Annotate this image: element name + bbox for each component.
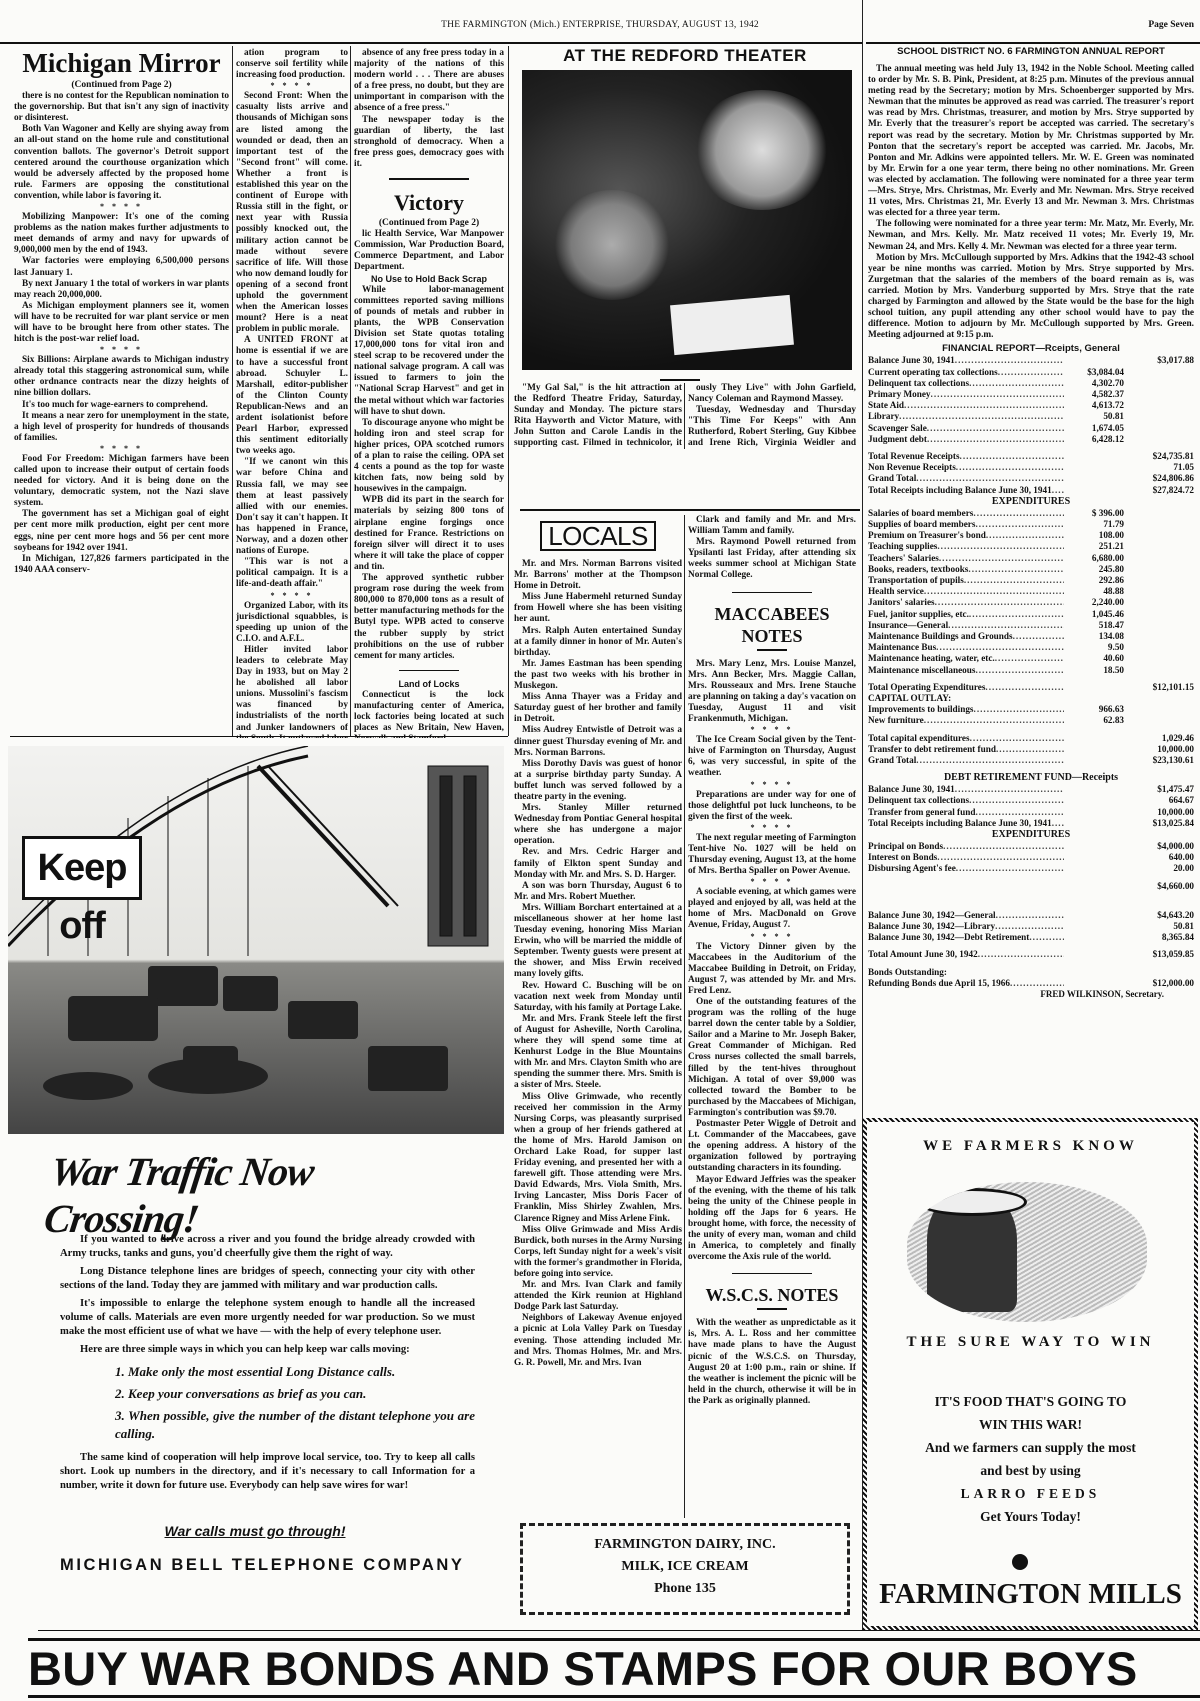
row-amount: 48.88 — [1064, 586, 1124, 597]
finance-row: Maintenance Bus9.50 — [868, 642, 1194, 653]
row-amount — [1064, 910, 1124, 921]
row-label: Non Revenue Receipts — [868, 462, 956, 473]
section-rule — [38, 1630, 1200, 1631]
finance-row: Grand Total$23,130.61 — [868, 755, 1194, 766]
finance-row: Judgment debt6,428.12 — [868, 434, 1194, 445]
finance-row: Salaries of board members$ 396.00 — [868, 508, 1194, 519]
row-total: $13,025.84 — [1124, 818, 1194, 829]
finance-row: Library50.81 — [868, 411, 1194, 422]
paragraph: Six Billions: Airplane awards to Michiga… — [14, 355, 229, 399]
row-label: Balance June 30, 1942—General — [868, 910, 996, 921]
separator-stars: * * * * — [236, 591, 348, 601]
row-total — [1124, 423, 1194, 434]
local-item: Miss Audrey Entwistle of Detroit was a d… — [514, 725, 682, 758]
finance-row: Improvements to buildings966.63 — [868, 704, 1194, 715]
row-total — [1124, 665, 1194, 676]
bonds-head: Bonds Outstanding: — [868, 967, 1194, 978]
school-report: SCHOOL DISTRICT NO. 6 FARMINGTON ANNUAL … — [868, 46, 1194, 1116]
column-rule — [350, 46, 351, 736]
finance-row: Maintenance miscellaneous18.50 — [868, 665, 1194, 676]
row-label: Disbursing Agent's fee — [868, 863, 956, 874]
local-item: Rev. Howard C. Busching will be on vacat… — [514, 981, 682, 1014]
finance-row: Insurance—General518.47 — [868, 620, 1194, 631]
finance-row: Total capital expenditures1,029.46 — [868, 733, 1194, 744]
row-amount: 4,582.37 — [1064, 389, 1124, 400]
divider — [732, 1273, 812, 1274]
debt-expenditures-head: EXPENDITURES — [868, 829, 1194, 841]
subhead: No Use to Hold Back Scrap — [354, 274, 504, 285]
leader-dots — [955, 355, 1064, 366]
row-amount — [1064, 473, 1124, 484]
maccabees-headline: MACCABEES NOTES — [688, 603, 856, 647]
local-item: Miss Dorothy Davis was guest of honor at… — [514, 759, 682, 803]
finance-row: Maintenance heating, water, etc.40.60 — [868, 653, 1194, 664]
row-label: Maintenance miscellaneous — [868, 665, 975, 676]
leader-dots — [975, 807, 1064, 818]
row-label: Scavenger Sale — [868, 423, 927, 434]
michigan-mirror-col2-text: ation program to conserve soil fertility… — [236, 48, 348, 738]
paragraph: The same kind of cooperation will help i… — [60, 1451, 475, 1493]
separator-stars: * * * * — [236, 81, 348, 91]
leader-dots — [943, 841, 1064, 852]
row-total: $12,101.15 — [1124, 682, 1194, 693]
row-label: Total capital expenditures — [868, 733, 970, 744]
local-item: Mr. and Mrs. Norman Barrons visited Mr. … — [514, 559, 682, 592]
leader-dots — [996, 910, 1064, 921]
bridge-illustration: Keep off — [8, 746, 504, 1134]
finance-row: Refunding Bonds due April 15, 1966$12,00… — [868, 978, 1194, 989]
finance-row: Balance June 30, 1942—General$4,643.20 — [868, 910, 1194, 921]
farmer-illustration — [907, 1182, 1147, 1322]
row-label: Health service — [868, 586, 924, 597]
leader-dots — [995, 921, 1064, 932]
row-label: Transfer from general fund — [868, 807, 975, 818]
row-amount — [1064, 755, 1124, 766]
row-label: Transfer to debt retirement fund — [868, 744, 996, 755]
leader-dots — [904, 400, 1064, 411]
paragraph: It means a near zero for unemployment in… — [14, 411, 229, 444]
dairy-phone: Phone 135 — [523, 1578, 847, 1600]
ad-line: and best by using — [867, 1459, 1194, 1482]
row-label: Interest on Bonds — [868, 852, 937, 863]
row-amount — [1064, 355, 1124, 366]
paragraph: ously They Live" with John Garfield, Nan… — [688, 383, 856, 405]
ad-line: LARRO FEEDS — [867, 1482, 1194, 1505]
row-label: Teachers' Salaries — [868, 553, 939, 564]
row-total: 8,365.84 — [1124, 932, 1194, 943]
row-label: Grand Total — [868, 473, 916, 484]
leader-dots — [995, 653, 1064, 664]
row-total: $13,059.85 — [1124, 949, 1194, 960]
row-label: Judgment debt — [868, 434, 927, 445]
leader-dots — [969, 378, 1064, 389]
row-total — [1124, 378, 1194, 389]
masthead-title: THE FARMINGTON (Mich.) ENTERPRISE, THURS… — [0, 20, 1200, 30]
row-total: $4,000.00 — [1124, 841, 1194, 852]
row-total: 10,000.00 — [1124, 807, 1194, 818]
row-amount: 40.60 — [1064, 653, 1124, 664]
leader-dots — [960, 451, 1064, 462]
maccabees-item: Preparations are under way for one of th… — [688, 790, 856, 823]
paragraph: Here are three simple ways in which you … — [60, 1343, 475, 1357]
leader-dots — [970, 733, 1064, 744]
maccabees-item: One of the outstanding features of the p… — [688, 997, 856, 1119]
leader-dots — [1052, 818, 1064, 829]
header-rule-right — [866, 42, 1200, 44]
leader-dots — [924, 715, 1064, 726]
leader-dots — [1029, 932, 1064, 943]
finance-row: New furniture62.83 — [868, 715, 1194, 726]
operating-total: Total Operating Expenditures$12,101.15 — [868, 682, 1194, 693]
ad-line: IT'S FOOD THAT'S GOING TO — [867, 1390, 1194, 1413]
row-amount: 1,674.05 — [1064, 423, 1124, 434]
row-label: Books, readers, textbooks — [868, 564, 968, 575]
row-total: 50.81 — [1124, 921, 1194, 932]
column-rule — [684, 515, 685, 1518]
row-amount: 251.21 — [1064, 541, 1124, 552]
row-amount: $ 396.00 — [1064, 508, 1124, 519]
ad-line: Get Yours Today! — [867, 1505, 1194, 1528]
dairy-products: MILK, ICE CREAM — [523, 1556, 847, 1578]
paragraph: "My Gal Sal," is the hit attraction at t… — [514, 383, 682, 449]
row-amount — [1064, 949, 1124, 960]
leader-dots — [899, 411, 1064, 422]
finance-row: Primary Money4,582.37 — [868, 389, 1194, 400]
row-amount — [1064, 978, 1124, 989]
row-amount — [1064, 852, 1124, 863]
row-total: $12,000.00 — [1124, 978, 1194, 989]
row-amount: 1,045.46 — [1064, 609, 1124, 620]
balances: Balance June 30, 1942—General$4,643.20Ba… — [868, 910, 1194, 944]
theater-photo — [522, 70, 852, 370]
row-total: 20.00 — [1124, 863, 1194, 874]
row-amount: $3,084.04 — [1064, 367, 1124, 378]
maccabees-item: Postmaster Peter Wiggle of Detroit and L… — [688, 1119, 856, 1174]
local-item: Mrs. Stanley Miller returned Wednesday f… — [514, 803, 682, 847]
local-item: Miss Olive Grimwade and Miss Ardis Burdi… — [514, 1225, 682, 1280]
row-amount: 4,302.70 — [1064, 378, 1124, 389]
spacer — [868, 892, 1194, 910]
paragraph: Mobilizing Manpower: It's one of the com… — [14, 212, 229, 256]
locals-logo: LOCALS — [540, 521, 656, 551]
ad-line: WIN THIS WAR! — [867, 1413, 1194, 1436]
row-amount: 50.81 — [1064, 411, 1124, 422]
leader-dots — [935, 597, 1064, 608]
tip-item: 2. Keep your conversations as brief as y… — [115, 1385, 475, 1403]
row-label: State Aid — [868, 400, 904, 411]
row-label: Total Amount June 30, 1942 — [868, 949, 978, 960]
finance-row: Health service48.88 — [868, 586, 1194, 597]
paragraph: The annual meeting was held July 13, 194… — [868, 64, 1194, 219]
local-item: Mr. James Eastman has been spending the … — [514, 659, 682, 692]
row-label: Total Operating Expenditures — [868, 682, 985, 693]
leader-dots — [937, 852, 1064, 863]
row-amount — [1064, 733, 1124, 744]
finance-row: Scavenger Sale1,674.05 — [868, 423, 1194, 434]
finance-row: Balance June 30, 1942—Debt Retirement8,3… — [868, 932, 1194, 943]
row-label: Janitors' salaries — [868, 597, 935, 608]
row-total: 71.05 — [1124, 462, 1194, 473]
war-bonds-banner: BUY WAR BONDS AND STAMPS FOR OUR BOYS — [28, 1638, 1200, 1698]
leader-dots — [964, 575, 1064, 586]
leader-dots — [975, 519, 1064, 530]
paragraph: War factories were employing 6,500,000 p… — [14, 256, 229, 278]
row-amount — [1064, 863, 1124, 874]
row-amount — [1064, 784, 1124, 795]
column-rule — [232, 46, 233, 736]
farmers-ad-top: WE FARMERS KNOW — [867, 1138, 1194, 1155]
row-label: Total Receipts including Balance June 30… — [868, 818, 1052, 829]
separator-stars: * * * * — [688, 725, 856, 735]
local-item: Neighbors of Lakeway Avenue enjoyed a pi… — [514, 1313, 682, 1368]
finance-row: Delinquent tax collections4,302.70 — [868, 378, 1194, 389]
row-label: Insurance—General — [868, 620, 948, 631]
bell-tagline: War calls must go through! — [0, 1523, 510, 1539]
separator-stars: * * * * — [688, 877, 856, 887]
paragraph: The approved synthetic rubber program ro… — [354, 573, 504, 662]
row-total — [1124, 434, 1194, 445]
leader-dots — [974, 704, 1064, 715]
row-total — [1124, 400, 1194, 411]
finance-row: Current operating tax collections$3,084.… — [868, 367, 1194, 378]
row-amount: 6,680.00 — [1064, 553, 1124, 564]
divider — [757, 1308, 787, 1310]
row-total — [1124, 631, 1194, 642]
paragraph: Organized Labor, with its jurisdictional… — [236, 601, 348, 645]
finance-row: State Aid4,613.72 — [868, 400, 1194, 411]
row-label: Primary Money — [868, 389, 931, 400]
tips-list: 1. Make only the most essential Long Dis… — [115, 1363, 475, 1443]
row-amount: 71.79 — [1064, 519, 1124, 530]
maccabees-item: A sociable evening, at which games were … — [688, 887, 856, 931]
row-label: Total Receipts including Balance June 30… — [868, 485, 1052, 496]
finance-row: Grand Total$24,806.86 — [868, 473, 1194, 484]
row-label: Delinquent tax collections — [868, 795, 969, 806]
finance-row: Total Revenue Receipts$24,735.81 — [868, 451, 1194, 462]
finance-row: Balance June 30, 1942—Library50.81 — [868, 921, 1194, 932]
finance-row: Total Receipts including Balance June 30… — [868, 485, 1194, 496]
finance-row: Teaching supplies251.21 — [868, 541, 1194, 552]
leader-dots — [931, 389, 1064, 400]
local-item: Mr. and Mrs. Frank Steele left the first… — [514, 1014, 682, 1092]
divider — [732, 592, 812, 593]
capital-outlay-label: CAPITAL OUTLAY: — [868, 693, 951, 704]
keep-off-sign: Keep off — [22, 836, 142, 900]
finance-row: Premium on Treasurer's bond108.00 — [868, 530, 1194, 541]
farmers-ad-brand: FARMINGTON MILLS — [867, 1578, 1194, 1611]
finance-row: Total Operating Expenditures$12,101.15 — [868, 682, 1194, 693]
finance-row: Total Amount June 30, 1942$13,059.85 — [868, 949, 1194, 960]
row-amount — [1064, 485, 1124, 496]
paragraph: Long Distance telephone lines are bridge… — [60, 1265, 475, 1293]
finance-row: Total Receipts including Balance June 30… — [868, 818, 1194, 829]
paragraph: The newspaper today is the guardian of l… — [354, 115, 504, 170]
finance-row: Non Revenue Receipts71.05 — [868, 462, 1194, 473]
row-label: Maintenance Buildings and Grounds — [868, 631, 1013, 642]
leader-dots — [975, 665, 1064, 676]
separator-stars: * * * * — [14, 345, 229, 355]
debt-expenditures: Principal on Bonds$4,000.00Interest on B… — [868, 841, 1194, 875]
financial-report-head: FINANCIAL REPORT—Rceipts, General — [868, 343, 1194, 355]
continued-note: (Continued from Page 2) — [354, 218, 504, 229]
local-item: Mrs. Ralph Auten entertained Sunday at a… — [514, 626, 682, 659]
paragraph: Both Van Wagoner and Kelly are shying aw… — [14, 124, 229, 202]
finance-row: Principal on Bonds$4,000.00 — [868, 841, 1194, 852]
paragraph: ation program to conserve soil fertility… — [236, 48, 348, 81]
row-label: Library — [868, 411, 899, 422]
row-total — [1124, 597, 1194, 608]
redford-headline: AT THE REDFORD THEATER — [512, 46, 858, 66]
paragraph: It's impossible to enlarge the telephone… — [60, 1297, 475, 1339]
divider — [389, 178, 469, 180]
maccabees-item: Mrs. Mary Lenz, Mrs. Louise Manzel, Mrs.… — [688, 659, 856, 726]
finance-row: Maintenance Buildings and Grounds134.08 — [868, 631, 1194, 642]
local-item: A son was born Thursday, August 6 to Mr.… — [514, 881, 682, 903]
paragraph: In Michigan, 127,826 farmers participate… — [14, 554, 229, 576]
separator-stars: * * * * — [14, 444, 229, 454]
row-total — [1124, 575, 1194, 586]
dairy-name: FARMINGTON DAIRY, INC. — [523, 1534, 847, 1556]
row-total: $24,735.81 — [1124, 451, 1194, 462]
subhead: Land of Locks — [354, 679, 504, 690]
leader-dots — [956, 462, 1064, 473]
school-report-headline: SCHOOL DISTRICT NO. 6 FARMINGTON ANNUAL … — [868, 46, 1194, 58]
maccabees-column: Clark and family and Mr. and Mrs. Willia… — [688, 515, 856, 1518]
row-amount — [1064, 807, 1124, 818]
row-total — [1124, 653, 1194, 664]
tip-item: 1. Make only the most essential Long Dis… — [115, 1363, 475, 1381]
local-item: Miss Olive Grimwade, who recently receiv… — [514, 1092, 682, 1225]
row-label: Maintenance heating, water, etc. — [868, 653, 995, 664]
row-label: Supplies of board members — [868, 519, 975, 530]
row-total — [1124, 586, 1194, 597]
row-total — [1124, 530, 1194, 541]
paragraph: WPB did its part in the search for mater… — [354, 495, 504, 573]
row-amount: 18.50 — [1064, 665, 1124, 676]
leader-dots — [978, 949, 1064, 960]
local-item: Miss Anna Thayer was a Friday and Saturd… — [514, 692, 682, 725]
photo-highlight — [692, 90, 832, 210]
paragraph: "If we canont win this war before China … — [236, 457, 348, 557]
leader-dots — [969, 795, 1064, 806]
leader-dots — [986, 530, 1064, 541]
finance-row: Balance June 30, 1941$3,017.88 — [868, 355, 1194, 366]
paragraph: The government has set a Michigan goal o… — [14, 509, 229, 553]
locals-column: LOCALS Mr. and Mrs. Norman Barrons visit… — [514, 515, 682, 1518]
paragraph: absence of any free press today in a maj… — [354, 48, 504, 115]
leader-dots — [955, 784, 1064, 795]
michigan-mirror-headline: Michigan Mirror — [14, 48, 229, 78]
row-total — [1124, 519, 1194, 530]
row-amount — [1064, 818, 1124, 829]
leader-dots — [939, 553, 1064, 564]
row-total: $27,824.72 — [1124, 485, 1194, 496]
leader-dots — [924, 586, 1064, 597]
row-total — [1124, 411, 1194, 422]
row-label: Grand Total — [868, 755, 916, 766]
row-label: Salaries of board members — [868, 508, 973, 519]
finance-row: Teachers' Salaries6,680.00 — [868, 553, 1194, 564]
separator-stars: * * * * — [688, 932, 856, 942]
row-total — [1124, 367, 1194, 378]
row-total — [1124, 715, 1194, 726]
row-total — [1124, 609, 1194, 620]
finance-row: Balance June 30, 1941$1,475.47 — [868, 784, 1194, 795]
section-rule — [520, 509, 860, 511]
capital-head: CAPITAL OUTLAY: — [868, 693, 1194, 704]
total-amount: Total Amount June 30, 1942$13,059.85 — [868, 949, 1194, 960]
local-item: Clark and family and Mr. and Mrs. Willia… — [688, 515, 856, 537]
photo-paper — [670, 295, 794, 355]
row-amount — [1064, 932, 1124, 943]
local-item: Mr. and Mrs. Ivan Clark and family atten… — [514, 1280, 682, 1313]
victory-headline: Victory — [354, 190, 504, 216]
leader-dots — [968, 564, 1064, 575]
ad-line: And we farmers can supply the most — [867, 1436, 1194, 1459]
maccabees-item: Mayor Edward Jeffries was the speaker of… — [688, 1175, 856, 1264]
wscs-body: With the weather as unpredictable as it … — [688, 1318, 856, 1407]
row-amount: 134.08 — [1064, 631, 1124, 642]
finance-row: Janitors' salaries2,240.00 — [868, 597, 1194, 608]
row-label: Refunding Bonds due April 15, 1966 — [868, 978, 1010, 989]
row-label: Total Revenue Receipts — [868, 451, 960, 462]
debt-receipts: Balance June 30, 1941$1,475.47Delinquent… — [868, 784, 1194, 829]
capital-table: Improvements to buildings966.63New furni… — [868, 704, 1194, 726]
paragraph: As Michigan employment planners see it, … — [14, 301, 229, 345]
paragraph: Connecticut is the lock manufacturing ce… — [354, 690, 504, 738]
row-label: Balance June 30, 1942—Library — [868, 921, 995, 932]
tip-item: 3. When possible, give the number of the… — [115, 1407, 475, 1443]
leader-dots — [1013, 631, 1064, 642]
row-amount — [1064, 795, 1124, 806]
redford-col2: ously They Live" with John Garfield, Nan… — [688, 383, 856, 449]
finance-row: Delinquent tax collections664.67 — [868, 795, 1194, 806]
leader-dots — [985, 682, 1064, 693]
tagline-text: War calls must go through! — [165, 1523, 346, 1539]
finance-row: Interest on Bonds640.00 — [868, 852, 1194, 863]
divider — [757, 649, 787, 651]
row-amount: 2,240.00 — [1064, 597, 1124, 608]
finance-row: Transportation of pupils292.86 — [868, 575, 1194, 586]
row-label: Delinquent tax collections — [868, 378, 969, 389]
maccabees-item: The Ice Cream Social given by the Tent-h… — [688, 735, 856, 779]
row-total: 10,000.00 — [1124, 744, 1194, 755]
leader-dots — [937, 541, 1064, 552]
amount: $4,660.00 — [1124, 881, 1194, 892]
finance-row: Supplies of board members71.79 — [868, 519, 1194, 530]
row-amount — [1064, 462, 1124, 473]
row-total — [1124, 642, 1194, 653]
debt-head: DEBT RETIREMENT FUND—Receipts — [868, 772, 1194, 784]
separator-stars: * * * * — [14, 202, 229, 212]
row-label: Teaching supplies — [868, 541, 937, 552]
farmers-ad-middle: THE SURE WAY TO WIN — [867, 1334, 1194, 1351]
continued-note: (Continued from Page 2) — [14, 80, 229, 91]
leader-dots — [948, 620, 1064, 631]
header-rule — [0, 42, 862, 44]
row-label: Maintenance Bus — [868, 642, 936, 653]
leader-dots — [996, 744, 1064, 755]
paragraph: To discourage anyone who might be holdin… — [354, 418, 504, 496]
finance-row: Transfer from general fund10,000.00 — [868, 807, 1194, 818]
row-label: New furniture — [868, 715, 924, 726]
leader-dots — [916, 755, 1064, 766]
locals-logo-wrap: LOCALS — [514, 521, 682, 551]
row-amount — [1064, 451, 1124, 462]
farmington-mills-ad: WE FARMERS KNOW THE SURE WAY TO WIN IT'S… — [863, 1118, 1198, 1630]
paragraph: By next January 1 the total of workers i… — [14, 279, 229, 301]
page-number: Page Seven — [1148, 20, 1194, 30]
